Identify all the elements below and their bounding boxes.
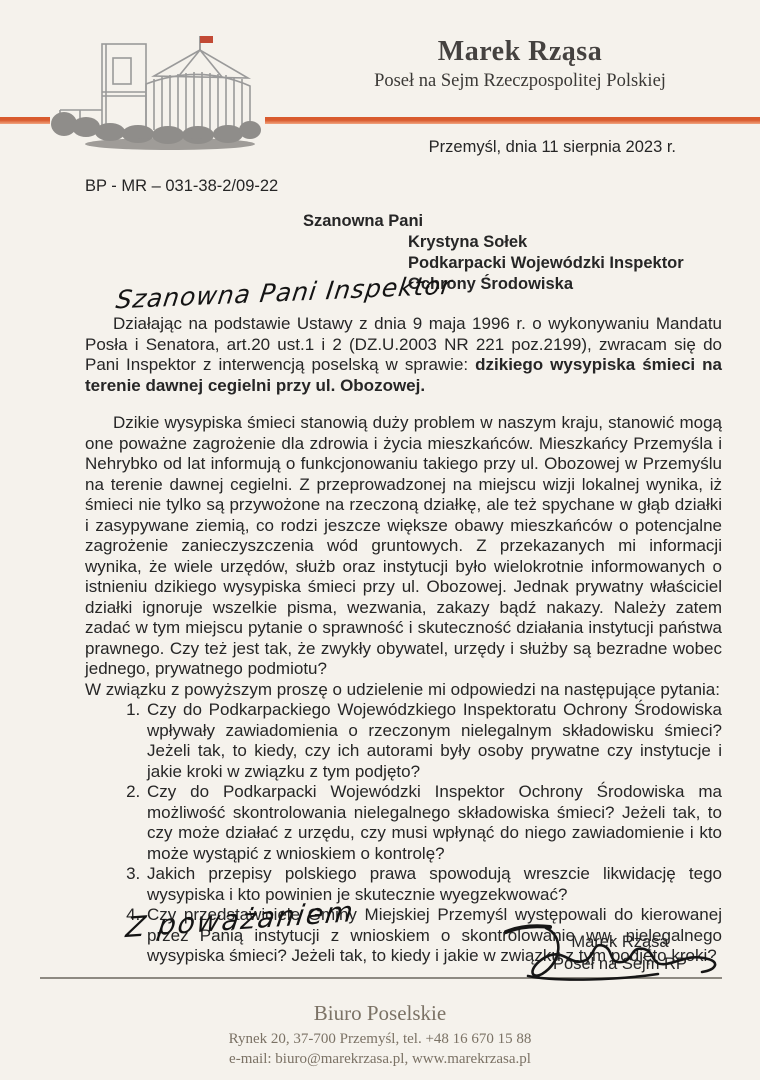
questions-intro: W związku z powyższym proszę o udzieleni… <box>85 680 722 701</box>
letterhead: Marek Rząsa Poseł na Sejm Rzeczpospolite… <box>300 36 740 92</box>
bushes <box>51 112 261 150</box>
recipient-name: Krystyna Sołek <box>408 232 684 253</box>
question-item-2: Czy do Podkarpacki Wojewódzki Inspektor … <box>145 782 722 864</box>
reference-number: BP - MR – 031-38-2/09-22 <box>85 177 278 196</box>
date-line: Przemyśl, dnia 11 sierpnia 2023 r. <box>429 138 676 157</box>
sejm-building-icon <box>50 32 265 158</box>
footer-address: Rynek 20, 37-700 Przemyśl, tel. +48 16 6… <box>0 1029 760 1049</box>
question-item-3: Jakich przepisy polskiego prawa spowoduj… <box>145 864 722 905</box>
footer: Biuro Poselskie Rynek 20, 37-700 Przemyś… <box>0 1001 760 1069</box>
paragraph-legal-basis: Działając na podstawie Ustawy z dnia 9 m… <box>85 314 722 396</box>
handwritten-signature-scrawl <box>498 916 733 988</box>
flag-icon <box>200 36 213 50</box>
footer-office-title: Biuro Poselskie <box>0 1001 760 1026</box>
handwritten-salutation: Szanowna Pani Inspektor <box>114 271 454 315</box>
question-item-1: Czy do Podkarpackiego Wojewódzkiego Insp… <box>145 700 722 782</box>
sender-name: Marek Rząsa <box>300 36 740 68</box>
letter-body: Działając na podstawie Ustawy z dnia 9 m… <box>85 314 722 967</box>
sejm-building-logo <box>50 32 265 158</box>
paragraph-main: Dzikie wysypiska śmieci stanowią duży pr… <box>85 413 722 680</box>
letter-page: Marek Rząsa Poseł na Sejm Rzeczpospolite… <box>0 0 760 1080</box>
recipient-salutation: Szanowna Pani <box>303 211 684 232</box>
footer-contact: e-mail: biuro@marekrzasa.pl, www.marekrz… <box>0 1049 760 1069</box>
sender-title: Poseł na Sejm Rzeczpospolitej Polskiej <box>300 71 740 92</box>
